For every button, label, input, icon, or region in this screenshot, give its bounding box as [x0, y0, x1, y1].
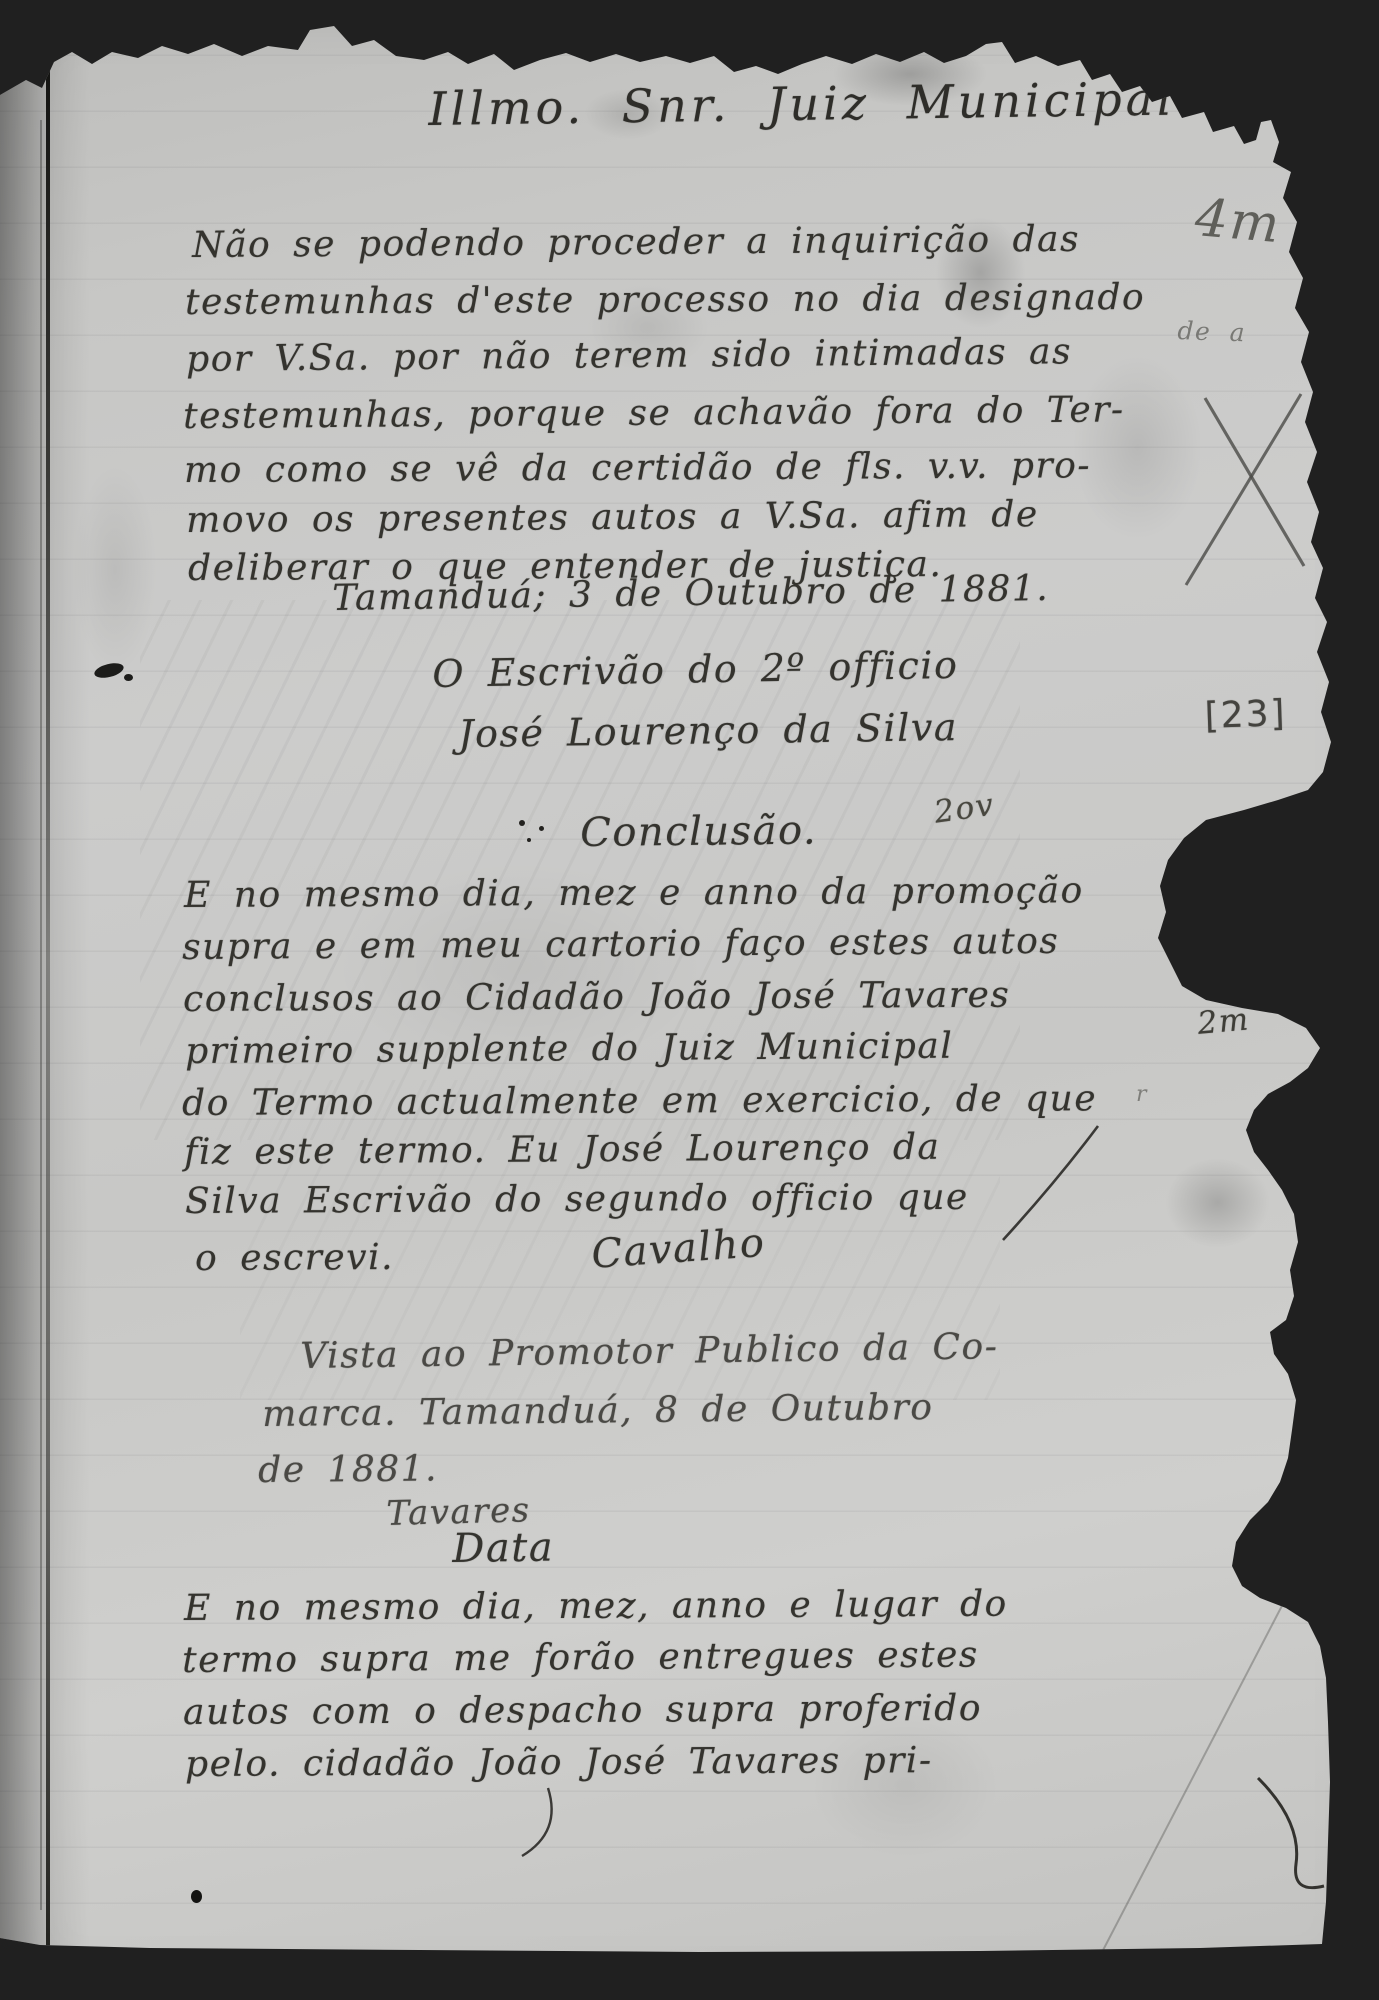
- data-term-line: termo supra me forão entregues estes: [182, 1634, 979, 1681]
- ink-blot: [124, 674, 133, 681]
- binding-crease: [40, 120, 42, 1910]
- despacho-line: marca. Tamanduá, 8 de Outubro: [262, 1387, 934, 1435]
- data-term-line: pelo. cidadão João José Tavares pri-: [185, 1740, 933, 1785]
- conclusao-line: E no mesmo dia, mez e anno da promoção: [184, 870, 1084, 916]
- petition-line: por V.Sa. por não terem sido intimadas a…: [186, 331, 1072, 380]
- section-heading-data: Data: [452, 1525, 554, 1572]
- margin-ink-note: r: [1136, 1082, 1148, 1107]
- ink-blot: [191, 1890, 202, 1903]
- margin-pencil-number: 4m: [1193, 188, 1283, 255]
- salutation-line: Illmo. Snr. Juiz Municipal: [428, 72, 1176, 136]
- escrivao-title-line: O Escrivão do 2º officio: [432, 643, 959, 696]
- section-heading-conclusao: Conclusão.: [580, 808, 817, 856]
- page-number-stamp: [23]: [1204, 693, 1287, 737]
- petition-line: testemunhas, porque se achavão fora do T…: [183, 389, 1125, 437]
- despacho-line: de 1881.: [258, 1448, 438, 1491]
- conclusao-line: primeiro supplente do Juiz Municipal: [185, 1026, 953, 1072]
- data-term-line: E no mesmo dia, mez, anno e lugar do: [184, 1584, 1008, 1629]
- petition-line: testemunhas d'este processo no dia desig…: [185, 277, 1145, 323]
- conclusao-line: Silva Escrivão do segundo officio que: [185, 1177, 969, 1222]
- binding-crease: [46, 50, 50, 1946]
- escrivao-signature: José Lourenço da Silva: [458, 705, 958, 756]
- scanned-manuscript-page: Illmo. Snr. Juiz Municipal Não se podend…: [0, 0, 1379, 2000]
- conclusao-line: do Termo actualmente em exercicio, de qu…: [182, 1078, 1097, 1124]
- ink-dot: [527, 838, 531, 842]
- conclusao-line: supra e em meu cartorio faço estes autos: [182, 921, 1059, 968]
- conclusao-line: fiz este termo. Eu José Lourenço da: [184, 1127, 941, 1173]
- petition-line: Não se podendo proceder a inquirição das: [192, 219, 1080, 266]
- conclusao-line: o escrevi.: [195, 1237, 394, 1279]
- conclusao-line: conclusos ao Cidadão João José Tavares: [183, 975, 1010, 1020]
- ink-dot: [539, 826, 544, 831]
- petition-line: movo os presentes autos a V.Sa. afim de: [186, 494, 1039, 541]
- margin-ink-note: 2m: [1196, 1001, 1251, 1041]
- torn-paper-sheet: Illmo. Snr. Juiz Municipal Não se podend…: [0, 0, 1379, 2000]
- binding-shadow: [0, 0, 90, 2000]
- margin-pencil-note: de a: [1177, 316, 1247, 347]
- petition-line: mo como se vê da certidão de fls. v.v. p…: [184, 445, 1091, 491]
- ink-dot: [519, 820, 525, 826]
- data-term-line: autos com o despacho supra proferido: [183, 1688, 982, 1733]
